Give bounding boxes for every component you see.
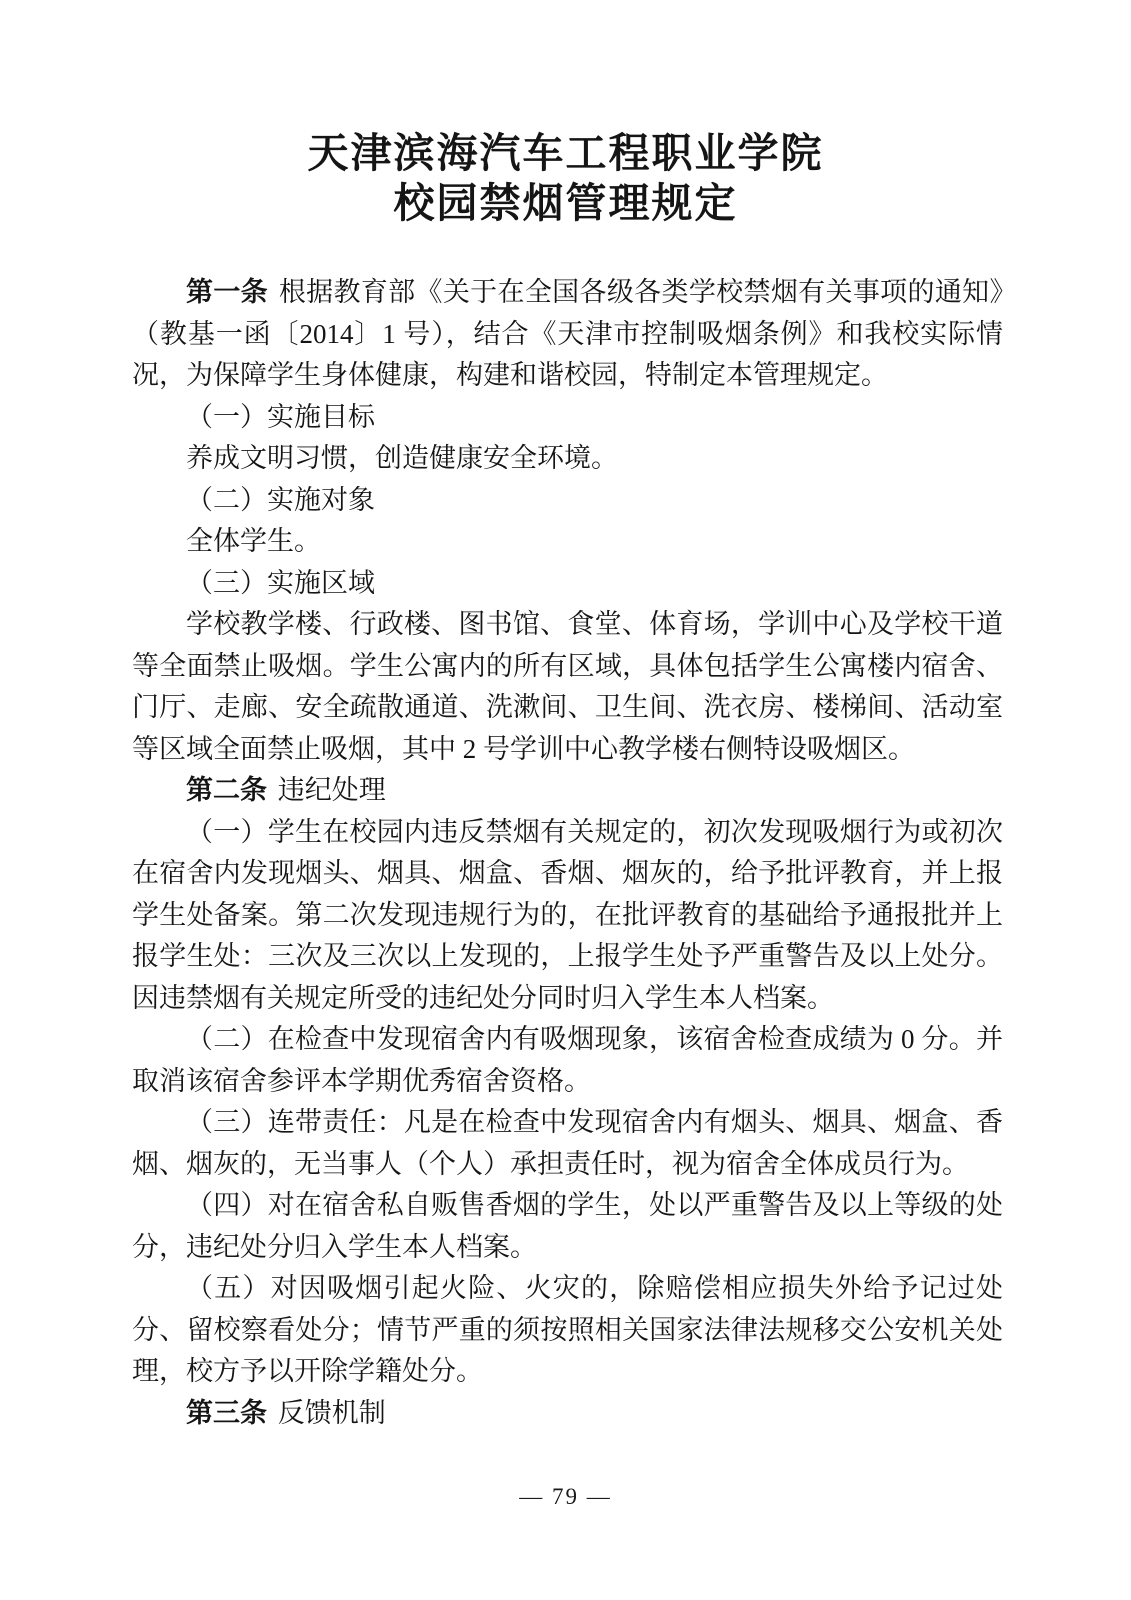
paragraph: （三）连带责任：凡是在检查中发现宿舍内有烟头、烟具、烟盒、香烟、烟灰的，无当事人… (132, 1102, 1003, 1185)
article-label: 第二条 (186, 775, 267, 805)
paragraph: 第三条反馈机制 (132, 1393, 1003, 1435)
document-body: 第一条根据教育部《关于在全国各级各类学校禁烟有关事项的通知》（教基一函〔2014… (132, 272, 1003, 1434)
paragraph: 学校教学楼、行政楼、图书馆、食堂、体育场，学训中心及学校干道等全面禁止吸烟。学生… (132, 604, 1003, 770)
paragraph: （一）学生在校园内违反禁烟有关规定的，初次发现吸烟行为或初次在宿舍内发现烟头、烟… (132, 812, 1003, 1020)
paragraph: （二）在检查中发现宿舍内有吸烟现象，该宿舍检查成绩为 0 分。并取消该宿舍参评本… (132, 1019, 1003, 1102)
article-label: 第一条 (186, 277, 268, 307)
paragraph: （五）对因吸烟引起火险、火灾的，除赔偿相应损失外给予记过处分、留校察看处分；情节… (132, 1268, 1003, 1393)
paragraph-text: 反馈机制 (278, 1398, 386, 1428)
document-title-line2: 校园禁烟管理规定 (394, 180, 738, 226)
paragraph: 养成文明习惯，创造健康安全环境。 (132, 438, 1003, 480)
paragraph: （一）实施目标 (132, 397, 1003, 439)
document-title-line1: 天津滨海汽车工程职业学院 (308, 130, 824, 176)
paragraph-text: 违纪处理 (278, 775, 386, 805)
paragraph: 第二条违纪处理 (132, 770, 1003, 812)
article-label: 第三条 (186, 1398, 267, 1428)
paragraph: （四）对在宿舍私自贩售香烟的学生，处以严重警告及以上等级的处分，违纪处分归入学生… (132, 1185, 1003, 1268)
document-title: 天津滨海汽车工程职业学院 校园禁烟管理规定 (0, 128, 1131, 228)
paragraph: （三）实施区域 (132, 563, 1003, 605)
document-page: 天津滨海汽车工程职业学院 校园禁烟管理规定 第一条根据教育部《关于在全国各级各类… (0, 0, 1131, 1600)
paragraph: 第一条根据教育部《关于在全国各级各类学校禁烟有关事项的通知》（教基一函〔2014… (132, 272, 1003, 397)
page-number: — 79 — (0, 1484, 1131, 1510)
paragraph: 全体学生。 (132, 521, 1003, 563)
paragraph: （二）实施对象 (132, 480, 1003, 522)
